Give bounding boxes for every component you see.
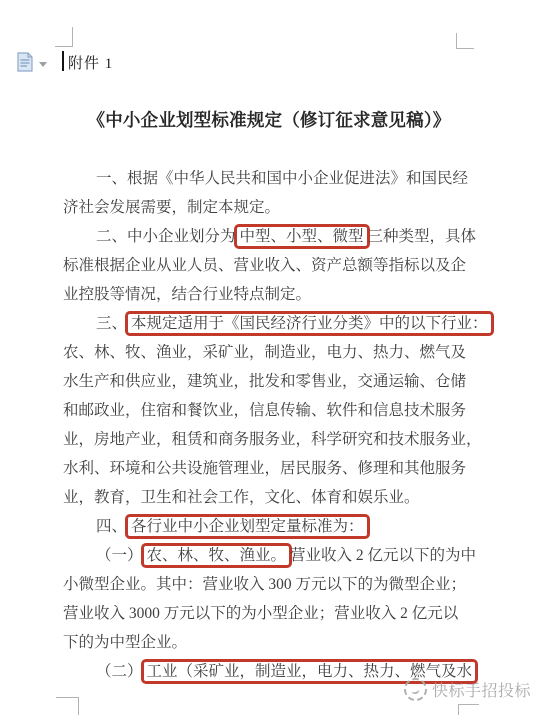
text-segment: 三、 xyxy=(96,315,127,332)
text-segment: 下的为中型企业。 xyxy=(63,634,187,651)
margin-crop-mark-bottom-left xyxy=(56,697,79,715)
highlight-box: 中型、小型、微型 xyxy=(234,224,370,249)
margin-crop-mark-bottom-right xyxy=(458,704,479,715)
doc-line: （一）农、林、牧、渔业。营业收入 2 亿元以下的为中 xyxy=(63,541,493,570)
text-segment: 四、 xyxy=(96,518,127,535)
text-segment: 水利、环境和公共设施管理业，居民服务、修理和其他服务 xyxy=(63,460,466,477)
doc-line: 业控股等情况，结合行业特点制定。 xyxy=(63,280,493,309)
text-segment: （二） xyxy=(96,663,143,680)
document-icon[interactable] xyxy=(16,52,34,72)
doc-line: 水生产和供应业，建筑业，批发和零售业，交通运输、仓储 xyxy=(63,367,493,396)
text-segment: 二、中小企业划分为 xyxy=(96,228,236,245)
text-segment: 营业收入 2 亿元以下的为中 xyxy=(290,547,476,564)
doc-line: 四、各行业中小企业划型定量标准为： xyxy=(63,512,493,541)
watermark: 快标手招投标 xyxy=(404,678,531,701)
watermark-text: 快标手招投标 xyxy=(432,678,531,701)
text-segment: 和邮政业，住宿和餐饮业，信息传输、软件和信息技术服务 xyxy=(63,402,466,419)
doc-line: 和邮政业，住宿和餐饮业，信息传输、软件和信息技术服务 xyxy=(63,396,493,425)
text-segment: 水生产和供应业，建筑业，批发和零售业，交通运输、仓储 xyxy=(63,373,466,390)
text-segment: 一、根据《中华人民共和国中小企业促进法》和国民经 xyxy=(96,170,468,187)
text-segment: 营业收入 3000 万元以下的为小型企业；营业收入 2 亿元以 xyxy=(63,605,458,622)
highlight-box: 本规定适用于《国民经济行业分类》中的以下行业： xyxy=(125,311,494,336)
page-title: 《中小企业划型标准规定（修订征求意见稿）》 xyxy=(0,107,538,132)
doc-line: 标准根据企业从业人员、营业收入、资产总额等指标以及企 xyxy=(63,251,493,280)
doc-line: 业，房地产业，租赁和商务服务业，科学研究和技术服务业， xyxy=(63,425,493,454)
doc-line: 小微型企业。其中：营业收入 300 万元以下的为微型企业； xyxy=(63,570,493,599)
text-segment: 三种类型，具体 xyxy=(368,228,477,245)
highlight-box: 农、林、牧、渔业。 xyxy=(141,543,293,568)
doc-line: 业，教育，卫生和社会工作，文化、体育和娱乐业。 xyxy=(63,483,493,512)
text-cursor xyxy=(62,51,64,71)
text-segment: 济社会发展需要，制定本规定。 xyxy=(63,199,280,216)
watermark-logo-icon xyxy=(401,675,429,703)
doc-line: 一、根据《中华人民共和国中小企业促进法》和国民经 xyxy=(63,164,493,193)
text-segment: 业，教育，卫生和社会工作，文化、体育和娱乐业。 xyxy=(63,489,420,506)
document-lines: 一、根据《中华人民共和国中小企业促进法》和国民经济社会发展需要，制定本规定。二、… xyxy=(63,164,493,686)
doc-line: 下的为中型企业。 xyxy=(63,628,493,657)
doc-line: 营业收入 3000 万元以下的为小型企业；营业收入 2 亿元以 xyxy=(63,599,493,628)
text-segment: 标准根据企业从业人员、营业收入、资产总额等指标以及企 xyxy=(63,257,466,274)
text-segment: 小微型企业。其中：营业收入 300 万元以下的为微型企业； xyxy=(63,576,466,593)
margin-crop-mark-top-left xyxy=(55,27,73,47)
text-segment: 业，房地产业，租赁和商务服务业，科学研究和技术服务业， xyxy=(63,431,482,448)
text-segment: （一） xyxy=(96,547,143,564)
highlight-box: 各行业中小企业划型定量标准为： xyxy=(125,514,370,539)
text-segment: 农、林、牧、渔业，采矿业，制造业，电力、热力、燃气及 xyxy=(63,344,466,361)
doc-line: 二、中小企业划分为中型、小型、微型三种类型，具体 xyxy=(63,222,493,251)
margin-crop-mark-top-right xyxy=(456,33,474,49)
doc-line: 水利、环境和公共设施管理业，居民服务、修理和其他服务 xyxy=(63,454,493,483)
doc-line: 农、林、牧、渔业，采矿业，制造业，电力、热力、燃气及 xyxy=(63,338,493,367)
attachment-label: 附件 1 xyxy=(68,52,113,73)
chevron-down-icon[interactable] xyxy=(39,62,47,67)
doc-line: 济社会发展需要，制定本规定。 xyxy=(63,193,493,222)
document-page: 附件 1 《中小企业划型标准规定（修订征求意见稿）》 一、根据《中华人民共和国中… xyxy=(0,0,538,715)
doc-line: 三、本规定适用于《国民经济行业分类》中的以下行业： xyxy=(63,309,493,338)
text-segment: 业控股等情况，结合行业特点制定。 xyxy=(63,286,311,303)
